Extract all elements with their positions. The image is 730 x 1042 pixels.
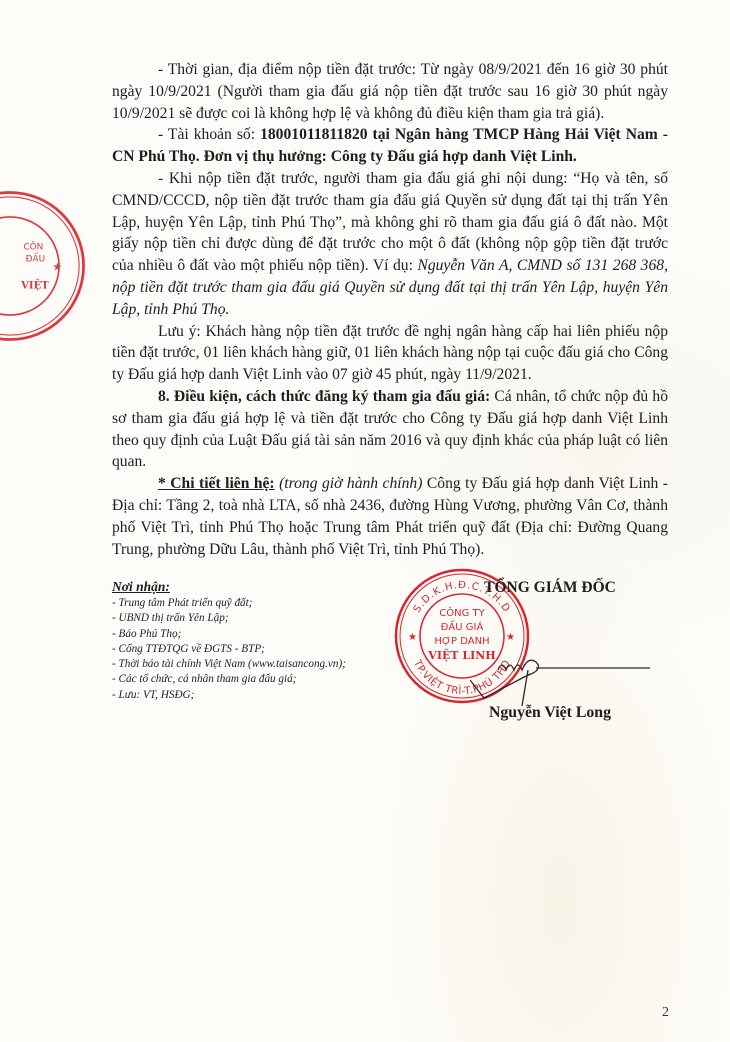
recipients-title: Nơi nhận: [112,578,412,596]
svg-text:ĐẤU GIÁ: ĐẤU GIÁ [441,619,484,633]
text-segment: - Thời gian, địa điểm nộp tiền đặt trước… [112,61,668,122]
recipient-item: - Lưu: VT, HSĐG; [112,688,412,703]
text-segment: 8. Điều kiện, cách thức đăng ký tham gia… [158,388,490,405]
svg-text:ĐẤU: ĐẤU [26,253,46,265]
svg-text:VIỆT LINH: VIỆT LINH [427,648,495,662]
paragraph: Lưu ý: Khách hàng nộp tiền đặt trước đề … [112,321,668,386]
paragraph: 8. Điều kiện, cách thức đăng ký tham gia… [112,386,668,473]
svg-text:★: ★ [52,260,62,273]
svg-text:CÔNG TY: CÔNG TY [439,606,485,619]
recipient-item: - Báo Phú Thọ; [112,627,412,642]
svg-text:VIỆT: VIỆT [20,279,49,291]
recipient-item: - UBND thị trấn Yên Lập; [112,611,412,626]
text-segment: - Tài khoản số: [158,126,260,143]
paragraph: - Tài khoản số: 18001011811820 tại Ngân … [112,124,668,168]
recipient-item: - Các tổ chức, cá nhân tham gia đấu giá; [112,672,412,687]
paragraph: - Khi nộp tiền đặt trước, người tham gia… [112,168,668,321]
text-segment: * Chi tiết liên hệ: [158,475,275,492]
svg-text:CÔN: CÔN [23,240,43,252]
document-body: - Thời gian, địa điểm nộp tiền đặt trước… [112,59,668,560]
seal-stamp-left-icon: ★ CÔN ĐẤU VIỆT [0,188,88,344]
page-number: 2 [662,1005,669,1021]
recipient-item: - Trung tâm Phát triển quỹ đất; [112,596,412,611]
signer-name: Nguyễn Việt Long [440,704,660,722]
paragraph: * Chi tiết liên hệ: (trong giờ hành chín… [112,473,668,560]
signature-block: TỔNG GIÁM ĐỐC Nguyễn Việt Long [440,578,660,598]
svg-text:TP.VIỆT TRÌ-T.PHÚ THỌ: TP.VIỆT TRÌ-T.PHÚ THỌ [411,658,513,698]
recipient-item: - Thời báo tài chính Việt Nam (www.taisa… [112,657,412,672]
recipients-list: Nơi nhận: - Trung tâm Phát triển quỹ đất… [112,578,412,703]
signer-title: TỔNG GIÁM ĐỐC [440,578,660,598]
recipient-item: - Cổng TTĐTQG về ĐGTS - BTP; [112,642,412,657]
text-segment: (trong giờ hành chính) [279,475,422,492]
handwritten-signature-icon [470,640,650,710]
text-segment: Lưu ý: Khách hàng nộp tiền đặt trước đề … [112,323,668,384]
paragraph: - Thời gian, địa điểm nộp tiền đặt trước… [112,59,668,124]
svg-text:★: ★ [506,632,515,643]
svg-text:HỢP DANH: HỢP DANH [434,636,489,647]
